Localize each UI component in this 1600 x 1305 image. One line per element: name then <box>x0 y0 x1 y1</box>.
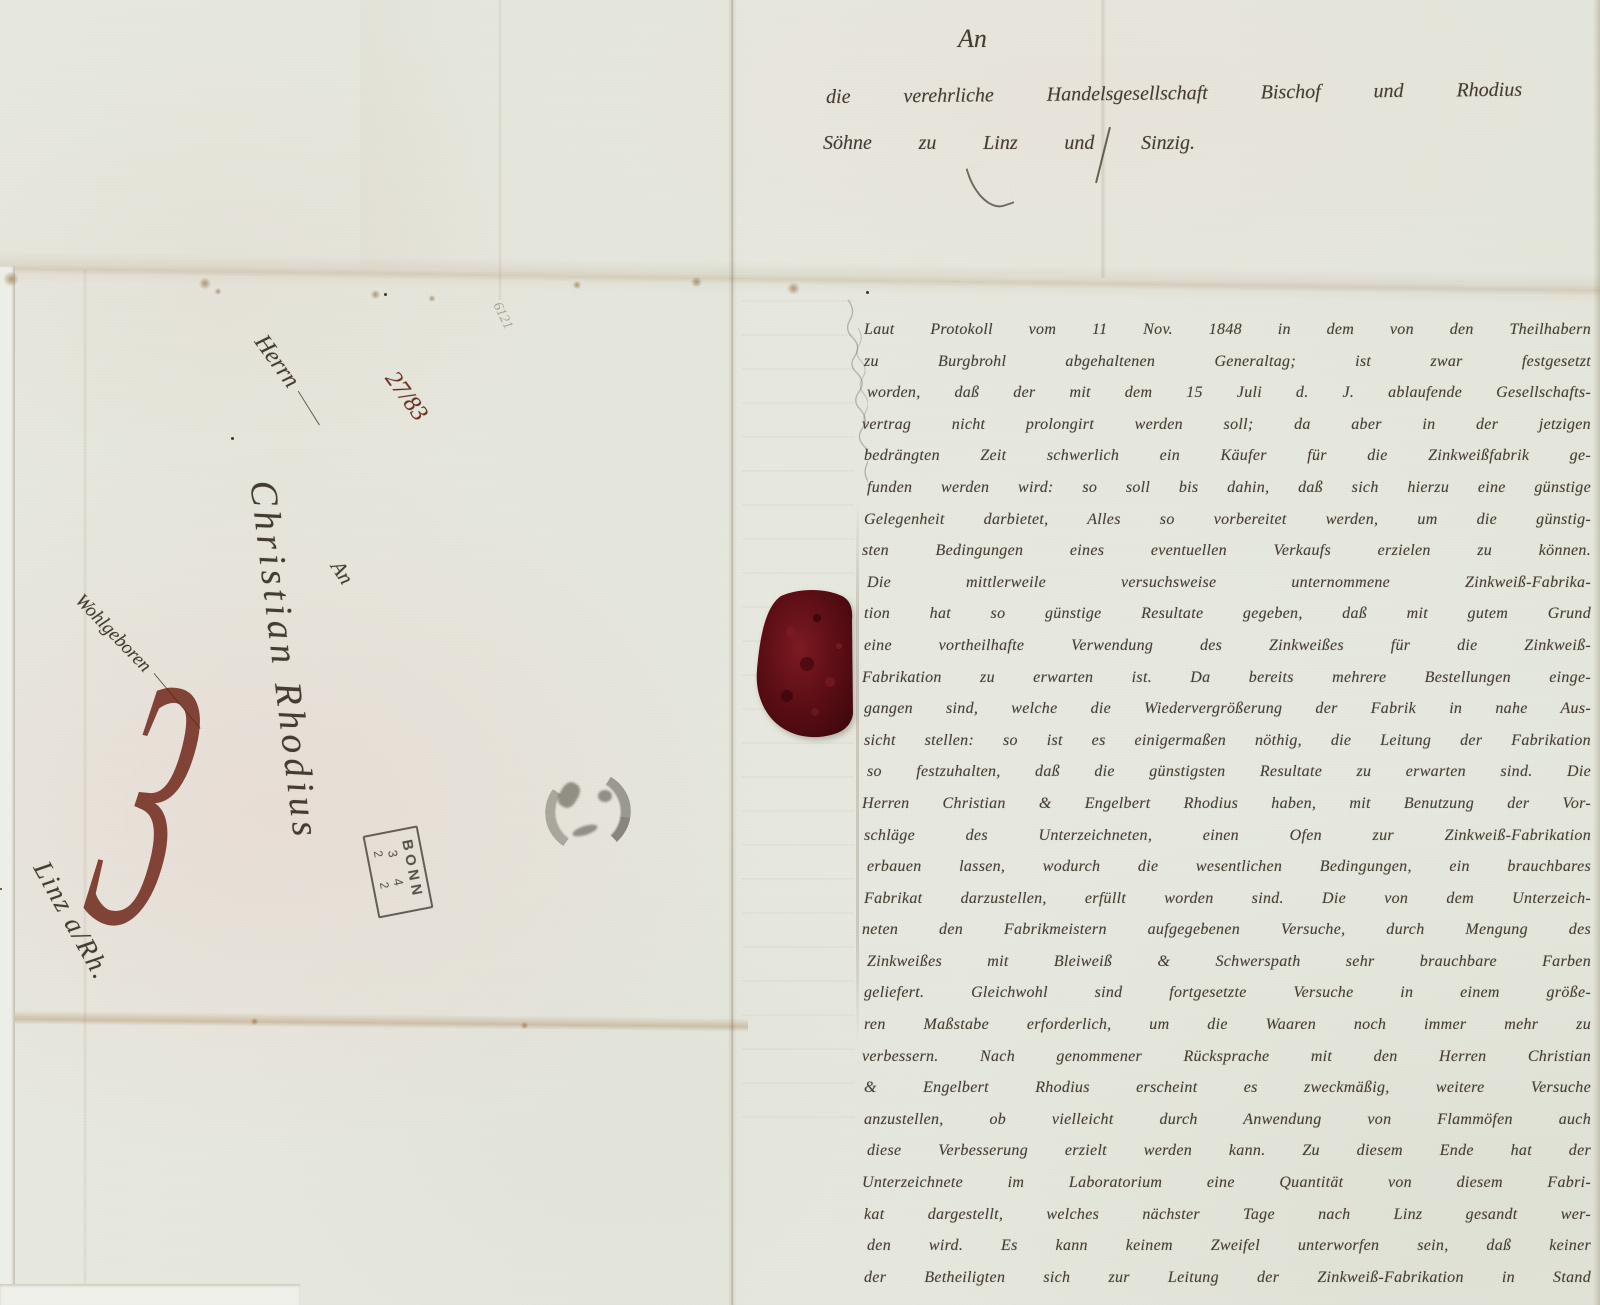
ink-speck <box>231 437 234 440</box>
body-line: geliefert. Gleichwohl sind fortgesetzte … <box>864 977 1591 1009</box>
stain-spot <box>370 290 381 299</box>
body-line: der Betheiligten sich zur Leitung der Zi… <box>864 1262 1591 1294</box>
body-line: sicht stellen: so ist es einigermaßen nö… <box>864 725 1591 757</box>
letter-scan: 27/83 6121 Herrn An Christian Rhodius Wo… <box>0 0 1600 1305</box>
body-line: diese Verbesserung erzielt werden kann. … <box>867 1135 1591 1167</box>
stain-spot <box>572 281 582 289</box>
body-line: Herren Christian & Engelbert Rhodius hab… <box>862 788 1591 820</box>
stain-spot <box>250 1018 259 1025</box>
body-line: sten Bedingungen eines eventuellen Verka… <box>862 535 1591 567</box>
paper-edge-right <box>1593 0 1600 1305</box>
body-line: bedrängten Zeit schwerlich ein Käufer fü… <box>864 440 1591 472</box>
stain-spot <box>786 283 801 294</box>
body-line: anzustellen, ob vielleicht durch Anwendu… <box>864 1104 1591 1136</box>
ink-speck <box>866 291 869 294</box>
body-line: Fabrikation zu erwarten ist. Da bereits … <box>862 662 1591 694</box>
body-line: Zinkweißes mit Bleiweiß & Schwerspath se… <box>867 946 1591 978</box>
paper-edge-left <box>0 266 15 1305</box>
stain-spot <box>428 295 436 302</box>
body-line: kat dargestellt, welches nächster Tage n… <box>864 1199 1591 1231</box>
body-line: gangen sind, welche die Wiedervergrößeru… <box>864 693 1591 725</box>
body-line: Gelegenheit darbietet, Alles so vorberei… <box>864 504 1591 536</box>
body-line: funden werden wird: so soll bis dahin, d… <box>867 472 1591 504</box>
stain-spot <box>690 277 703 287</box>
body-line: ren Maßstabe erforderlich, um die Waaren… <box>864 1009 1591 1041</box>
body-line: erbauen lassen, wodurch die wesentlichen… <box>867 851 1591 883</box>
heading-line2: Söhne zu Linz und Sinzig. <box>823 132 1195 162</box>
ink-speck <box>0 888 2 890</box>
body-line: Fabrikat darzustellen, erfüllt worden si… <box>864 883 1591 915</box>
postmark-smudge <box>598 790 612 802</box>
body-line: tion hat so günstige Resultate gegeben, … <box>864 598 1591 630</box>
body-line: Laut Protokoll vom 11 Nov. 1848 in dem v… <box>864 314 1591 346</box>
body-line: schläge des Unterzeichneten, einen Ofen … <box>864 820 1591 852</box>
stain-spot <box>198 278 212 289</box>
stain-spot <box>520 1022 529 1029</box>
letter-body: Laut Protokoll vom 11 Nov. 1848 in dem v… <box>864 314 1591 1293</box>
flap-paper-edge <box>856 500 859 1045</box>
body-line: & Engelbert Rhodius erscheint es zweckmä… <box>864 1072 1591 1104</box>
stain-spot <box>2 272 20 286</box>
crease <box>498 0 502 300</box>
paper-tint <box>360 0 490 268</box>
body-line: so festzuhalten, daß die günstigsten Res… <box>867 756 1591 788</box>
wax-seal <box>747 586 873 741</box>
paper-layer-corner <box>0 1284 300 1305</box>
body-line: den wird. Es kann keinem Zweifel unterwo… <box>867 1230 1591 1262</box>
body-line: zu Burgbrohl abgehaltenen Generaltag; is… <box>864 346 1591 378</box>
body-line: verbessern. Nach genommener Rücksprache … <box>862 1041 1591 1073</box>
ink-speck <box>384 293 387 296</box>
body-line: neten den Fabrikmeistern aufgegebenen Ve… <box>862 914 1591 946</box>
body-line: vertrag nicht prolongirt werden soll; da… <box>862 409 1591 441</box>
body-line: eine vortheilhafte Verwendung des Zinkwe… <box>864 630 1591 662</box>
body-line: worden, daß der mit dem 15 Juli d. J. ab… <box>867 377 1591 409</box>
stain-spot <box>214 288 222 295</box>
body-line: Die mittlerweile versuchsweise unternomm… <box>867 567 1591 599</box>
heading-salutation: An <box>958 24 987 54</box>
body-line: Unterzeichnete im Laboratorium eine Quan… <box>862 1167 1591 1199</box>
center-fold-crease <box>728 0 737 1305</box>
crease <box>83 270 87 1305</box>
